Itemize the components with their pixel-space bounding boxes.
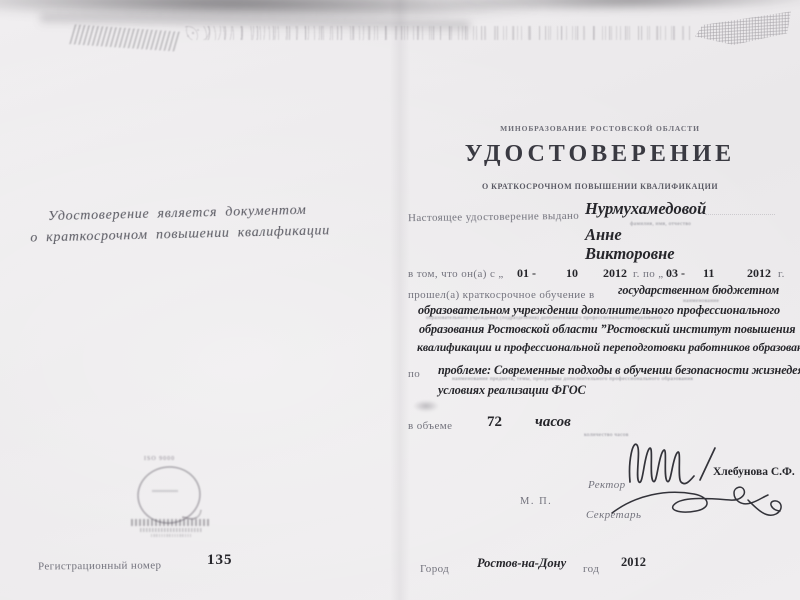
period-suffix-label: г. <box>778 268 785 280</box>
page-fold-line <box>390 0 410 600</box>
iso-stamp-circle <box>134 463 204 527</box>
iso-stamp-label: ISO 9000 <box>144 456 175 462</box>
recipient-firstname: Анне <box>585 225 622 245</box>
hours-value: 72 <box>487 414 502 431</box>
iso-stamp-text-row <box>140 528 202 532</box>
institution-caption2: образовательного учреждения (подразделен… <box>426 316 662 321</box>
problem-label: по <box>408 368 420 380</box>
iso-stamp-text-row <box>131 519 211 526</box>
scan-shadow-top-left <box>0 0 540 23</box>
hours-caption: количество часов <box>584 432 629 438</box>
document-subtitle: О КРАТКОСРОЧНОМ ПОВЫШЕНИИ КВАЛИФИКАЦИИ <box>455 182 745 191</box>
recipient-caption: фамилия, имя, отчество <box>630 221 691 227</box>
training-label: прошел(а) краткосрочное обучение в <box>408 289 595 301</box>
hours-unit: часов <box>535 414 571 431</box>
rector-name: Хлебунова С.Ф. <box>713 466 795 478</box>
certificate-note: Удостоверение является документом о крат… <box>30 199 326 248</box>
scan-shadow-top-right <box>430 0 800 14</box>
scan-smudge <box>413 400 439 412</box>
recipient-patronymic: Викторовне <box>585 244 675 264</box>
period-prefix-label: в том, что он(а) с „ <box>408 268 504 280</box>
reg-number-value: 135 <box>207 552 233 569</box>
volume-label: в объеме <box>408 420 452 432</box>
problem-caption: наименование предмета, темы, программы д… <box>452 376 693 382</box>
city-label: Город <box>420 563 449 575</box>
period-to-day: 03 - <box>666 266 685 281</box>
guilloche-corner-ornament <box>695 9 791 50</box>
recipient-surname: Нурмухамедовой <box>585 199 706 219</box>
institution-line3: образования Ростовской области ”Ростовск… <box>419 322 795 337</box>
rector-signature <box>623 436 719 488</box>
guilloche-border <box>185 26 690 40</box>
period-mid-label: г. по „ <box>633 268 664 280</box>
ministry-name: МИНОБРАЗОВАНИЕ РОСТОВСКОЙ ОБЛАСТИ <box>455 124 745 133</box>
problem-line2: условиях реализации ФГОС <box>438 383 586 398</box>
issued-to-label: Настоящее удостоверение выдано <box>408 210 579 224</box>
secretary-signature <box>608 483 790 528</box>
institution-line1: государственном бюджетном <box>618 283 779 298</box>
city-value: Ростов-на-Дону <box>477 556 566 571</box>
iso-stamp-tail <box>182 506 202 521</box>
guilloche-comb-fragment <box>69 24 182 51</box>
iso-stamp-inner-mark <box>152 490 178 492</box>
year-value: 2012 <box>621 555 646 570</box>
scan-shadow-fringe <box>40 14 470 34</box>
document-title: УДОСТОВЕРЕНИЕ <box>455 141 745 168</box>
period-from-year: 2012 <box>603 266 627 281</box>
fill-in-dots <box>705 213 775 215</box>
period-from-month: 10 <box>566 266 578 281</box>
period-from-day: 01 - <box>517 266 536 281</box>
institution-line4: квалификации и профессиональной переподг… <box>417 340 800 355</box>
iso-stamp-text-row <box>151 534 191 537</box>
reg-number-label: Регистрационный номер <box>38 559 162 572</box>
scanned-certificate: Удостоверение является документом о крат… <box>0 0 800 600</box>
year-label: год <box>583 563 599 575</box>
stamp-place-label: М. П. <box>520 496 552 507</box>
period-to-year: 2012 <box>747 266 771 281</box>
period-to-month: 11 <box>703 266 714 281</box>
